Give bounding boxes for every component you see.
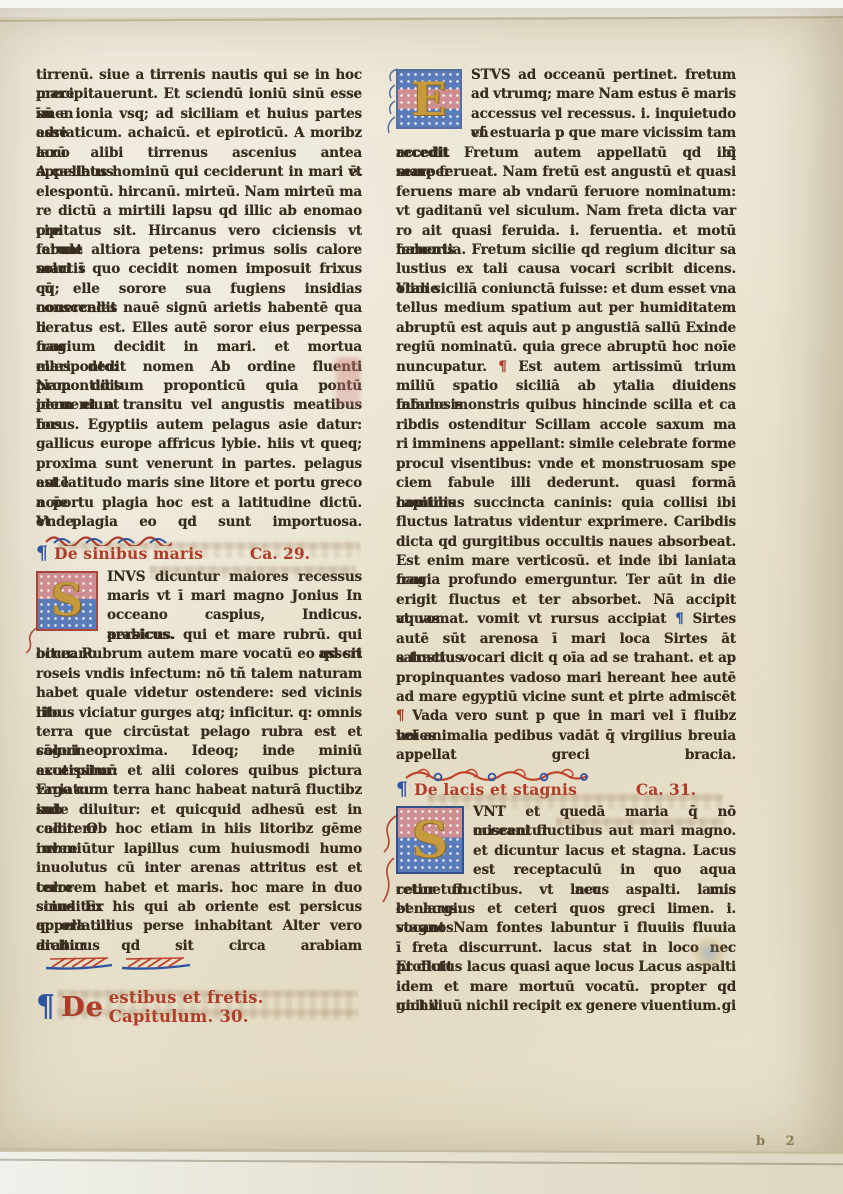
parchment-leaf: tirrenū. siue a tirrenis nautis qui se i… <box>0 8 843 1158</box>
text-line: vel animalia pedibus vadāt q̄ virgilius … <box>396 727 736 746</box>
text-line: ¶ Vada vero sunt p que in mari vel ī flu… <box>396 707 736 726</box>
text-line: tellus medium spatium aut per humiditate… <box>396 299 736 318</box>
text-line: gallicus europe affricus lybie. hiis vt … <box>36 435 362 454</box>
text-line: mari dedit nomen Ab ordine fluenti propo… <box>36 358 362 377</box>
text-line: vt vomat. vomit vt rursus accipiat ¶ Sir… <box>396 610 736 629</box>
paraph-mark-icon: ¶ <box>36 992 55 1022</box>
text-line: tirrenū. siue a tirrenis nautis qui se i… <box>36 66 362 85</box>
text-line: colori proxima. Ideoq; inde miniū acutis… <box>36 742 362 761</box>
rubric-title: De sinibus maris <box>54 544 203 563</box>
paraph-mark-icon: ¶ <box>36 544 48 563</box>
paragraph-mark-icon: ¶ <box>396 708 404 724</box>
text-line: capitibus succincta caninis: quia collis… <box>396 494 736 513</box>
text-line: ciem fabule illi dederunt. quasi formā h… <box>396 474 736 493</box>
text-line: habet quale videtur ostendere: sed vicin… <box>36 684 362 703</box>
rubric-title: estibus et fretis. Capitulum. 30. <box>109 988 362 1026</box>
text-line: terra que circūstat pelago rubra est et … <box>36 723 362 742</box>
paragraph-mark-icon: ¶ <box>498 359 506 375</box>
rubric-title: De lacis et stagnis <box>414 780 577 799</box>
text-line: beratus est. Elles autē soror eius perpe… <box>36 319 362 338</box>
text-line: et largius et ceteri quos greci limen. i… <box>396 900 736 919</box>
text-line: sinus Ex his qui ab oriente est persicus… <box>36 898 362 917</box>
paragraph-mark-icon: ¶ <box>675 611 683 627</box>
text-line: adriaticum. achaicū. et epiroticū. A mor… <box>36 124 362 143</box>
chapter-30-lines: STVS ad occeanū pertinet. fretumad vtrum… <box>396 66 736 766</box>
text-line: vt gaditanū vel siculum. Nam freta dicta… <box>396 202 736 221</box>
text-line: ī freta discurrunt. lacus stat in loco n… <box>396 939 736 958</box>
text-line: abruptū est aquis aut p angustiā sallū E… <box>396 319 736 338</box>
text-line: conscendit nauē signū arietis habentē qu… <box>36 299 362 318</box>
text-line: olim siciliā coniunctā fuisse: et dum es… <box>396 280 736 299</box>
text-line: a tractu vocari dicit q oīa ad se trahan… <box>396 649 736 668</box>
text-line: q: ora illius perse inhabitant Alter ver… <box>36 917 362 936</box>
text-line: inveniūtur lapillus cum huiusmodi humo <box>36 840 362 859</box>
chapter-30-block: E STVS ad occeanū pertinet. fretumad vtr… <box>396 66 736 766</box>
text-line: ro ait quasi feruida. i. feruentia. et m… <box>396 222 736 241</box>
text-line: forus. Egyptiis autem pelagus asie datur… <box>36 416 362 435</box>
chapter-31-block: S VNT et quedā maria q̄ nō miscenturocce… <box>396 803 736 1017</box>
text-line: nuncupatur. ¶ Est autem artissimū trium <box>396 358 736 377</box>
text-line: vocant Nam fontes labuntur ī fluuiis flu… <box>396 919 736 938</box>
text-line: propinquantes vadoso mari hereant hee au… <box>396 669 736 688</box>
text-line: re dictū a mirtili lapsu qd illic ab eno… <box>36 202 362 221</box>
text-line: procul visentibus: vnde et monstruosam s… <box>396 455 736 474</box>
rubric-de-lacis-et-stagnis: ¶ De lacis et stagnis Ca. 31. <box>396 780 736 799</box>
text-line: dicitur qd sit circa arabiam <box>36 937 362 956</box>
text-line: cipitatus sit. Hircanus vero ciciensis v… <box>36 222 362 241</box>
text-line: cū elle sorore sua fugiens insidias noue… <box>36 280 362 299</box>
text-line: et plagia eo qd sunt importuosa. <box>36 513 362 532</box>
text-line: A casibus hominū qui ceciderunt in mari … <box>36 163 362 182</box>
rubric-de-estibus-et-fretis: ¶ De estibus et fretis. Capitulum. 30. <box>36 988 362 1026</box>
text-line: bitur. Rubrum autem mare vocatū eo qd si… <box>36 645 362 664</box>
rubric-de-sinibus-maris: ¶ De sinibus maris Ca. 29. <box>36 544 362 563</box>
text-line: habentia. Fretum sicilie qd regium dicit… <box>396 241 736 260</box>
text-line: appellat greci bracia. <box>396 746 736 765</box>
line-filler-hatch-icon <box>44 956 194 971</box>
text-line: Nam dictum proponticū quia pontū perueni… <box>36 377 362 396</box>
text-line: colorem habet et maris. hoc mare in duo … <box>36 879 362 898</box>
text-line: a portu plagia hoc est a latitudine dict… <box>36 494 362 513</box>
left-column-text-de-mari: tirrenū. siue a tirrenis nautis qui se i… <box>36 66 362 533</box>
penwork-flourish-icon <box>385 67 399 137</box>
text-line: fluctus latratus videntur exprimere. Car… <box>396 513 736 532</box>
paraph-mark-icon: ¶ <box>396 780 408 799</box>
page-margin <box>0 8 843 17</box>
rubric-chapter-number: Ca. 29. <box>250 544 310 563</box>
illuminated-initial-e-icon: E <box>396 69 462 129</box>
text-line: autē sūt arenosa ī mari loca Sirtes āt s… <box>396 630 736 649</box>
text-line: regiū nominatū. quia grece abruptū hoc n… <box>396 338 736 357</box>
text-line: idem et mare mortuū vocatū. propter qd n… <box>396 978 736 997</box>
text-line: proxima sunt venerunt in partes. pelagus… <box>36 455 362 474</box>
right-column: E STVS ad occeanū pertinet. fretumad vtr… <box>396 66 736 1017</box>
chapter-29-block: S INVS dicuntur maiores recessusmaris vt… <box>36 568 362 957</box>
illuminated-initial-s-icon: S <box>36 571 98 631</box>
text-line: est latitudo maris sine litore et portu … <box>36 474 362 493</box>
text-line: inuolutus cū inter arenas attritus est e… <box>36 859 362 878</box>
text-line: sū a ionia vsq; ad siciliam et huius par… <box>36 105 362 124</box>
text-line: mare ferueat. Nam fretū est angustū et q… <box>396 163 736 182</box>
text-line: larū alibi tirrenus ascenius antea appel… <box>36 144 362 163</box>
folio-signature: b 2 <box>756 1134 803 1149</box>
text-line: Et dictus lacus quasi aque locus Lacus a… <box>396 958 736 977</box>
text-line: elespontū. hircanū. mirteū. Nam mirteū m… <box>36 183 362 202</box>
illuminated-initial-s-icon: S <box>396 806 464 874</box>
text-line: precipitauerunt. Et sciendū ioniū sinū e… <box>36 85 362 104</box>
text-line: gnit viuū nichil recipit ex genere viuen… <box>396 997 736 1016</box>
text-line: inde diluitur: et quicquid adhesū est in… <box>36 801 362 820</box>
text-line: erigit fluctus et ter absorbet. Nā accip… <box>396 591 736 610</box>
text-line: Ergo cum terra hanc habeat naturā flucti… <box>36 781 362 800</box>
text-line: ribus viciatur gurges atq; inficitur. q:… <box>36 704 362 723</box>
left-column: tirrenū. siue a tirrenis nautis qui se i… <box>36 66 362 1026</box>
text-line: fragium decidit in mari. et mortua elles… <box>36 338 362 357</box>
text-line: cetur fluctibus. vt lacus aspalti. lacus… <box>396 881 736 900</box>
page-bottom-mat <box>0 1152 843 1194</box>
text-line: ad mare egyptiū vicine sunt et pirte adm… <box>396 688 736 707</box>
text-line: feruens mare ab vndarū feruore nominatum… <box>396 183 736 202</box>
text-line: cadit. Ob hoc etiam in hiis litoribz gēm… <box>36 820 362 839</box>
text-line: idem et a transitu vel angustis meatibus… <box>36 396 362 415</box>
rubric-chapter-number: Ca. 31. <box>636 780 696 799</box>
text-line: infame monstris quibus hincinde scilla e… <box>396 396 736 415</box>
text-line: lustius ex tali causa vocari scribit dic… <box>396 260 736 279</box>
text-line: fragia profundo emerguntur. Ter aūt in d… <box>396 571 736 590</box>
text-line: ribdis ostenditur Scillam accole saxum m… <box>396 416 736 435</box>
penwork-initial-De: De <box>61 992 104 1023</box>
text-line: mari ī quo cecidit nomen imposuit frixus… <box>36 260 362 279</box>
text-line: Est enim mare verticosū. et inde ibi lan… <box>396 552 736 571</box>
text-line: dicta qd gurgitibus occultis naues absor… <box>396 533 736 552</box>
text-line: ferunt altiora petens: primus solis calo… <box>36 241 362 260</box>
text-line: ri imminens appellant: simile celebrate … <box>396 435 736 454</box>
text-line: miliū spatio siciliā ab ytalia diuidens … <box>396 377 736 396</box>
text-line: roseis vndis infectum: nō tñ talem natur… <box>36 665 362 684</box>
text-line: excerpitur: et alii colores quibus pictu… <box>36 762 362 781</box>
text-line: recedit Fretum autem appellatū qd ibi se… <box>396 144 736 163</box>
manuscript-scan: { "page": { "description": "Medieval ill… <box>0 0 843 1194</box>
